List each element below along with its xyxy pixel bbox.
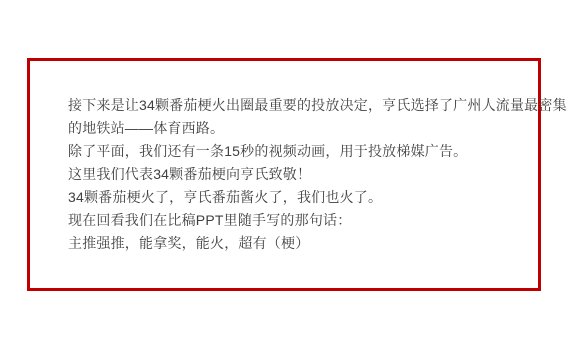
body-text: 接下来是让34颗番茄梗火出圈最重要的投放决定，亨氏选择了广州人流量最密集 的地铁…: [68, 94, 518, 255]
text-line: 接下来是让34颗番茄梗火出圈最重要的投放决定，亨氏选择了广州人流量最密集: [68, 94, 518, 117]
text-line: 这里我们代表34颗番茄梗向亨氏致敬！: [68, 163, 518, 186]
text-line: 的地铁站——体育西路。: [68, 117, 518, 140]
text-line: 除了平面，我们还有一条15秒的视频动画，用于投放梯媒广告。: [68, 140, 518, 163]
slide-canvas: 接下来是让34颗番茄梗火出圈最重要的投放决定，亨氏选择了广州人流量最密集 的地铁…: [0, 0, 570, 360]
text-line: 34颗番茄梗火了，亨氏番茄酱火了，我们也火了。: [68, 186, 518, 209]
text-line: 现在回看我们在比稿PPT里随手写的那句话：: [68, 209, 518, 232]
text-frame: 接下来是让34颗番茄梗火出圈最重要的投放决定，亨氏选择了广州人流量最密集 的地铁…: [27, 58, 541, 291]
text-line: 主推强推，能拿奖，能火，超有（梗）: [68, 232, 518, 255]
